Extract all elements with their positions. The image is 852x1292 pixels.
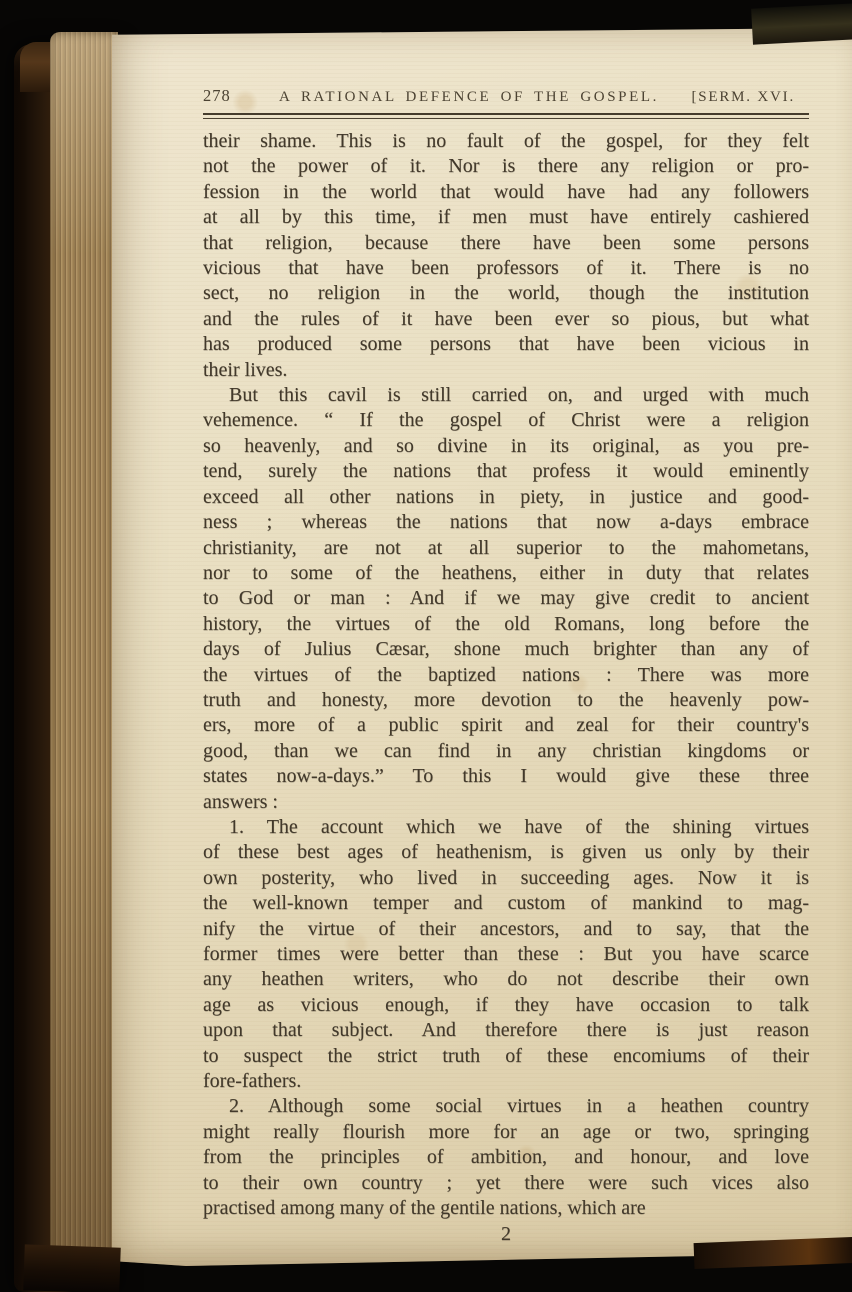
page-edges [50,32,118,1274]
text-line: upon that subject. And therefore there i… [203,1018,809,1043]
page-content: 278 A RATIONAL DEFENCE OF THE GOSPEL. [S… [203,86,809,1246]
running-title: A RATIONAL DEFENCE OF THE GOSPEL. [279,89,659,106]
text-line: 1. The account which we have of the shin… [203,815,809,840]
text-line: that religion, because there have been s… [203,231,809,256]
paragraph: 2. Although some social virtues in a hea… [203,1094,809,1221]
text-line: own posterity, who lived in succeeding a… [203,866,809,891]
paragraph: But this cavil is still carried on, and … [203,383,809,815]
text-line: days of Julius Cæsar, shone much brighte… [203,637,809,662]
text-line: truth and honesty, more devotion to the … [203,688,809,713]
text-line: from the principles of ambition, and hon… [203,1145,809,1170]
text-line: 2. Although some social virtues in a hea… [203,1094,809,1119]
book-cover-top-right [751,3,852,44]
text-line: answers : [203,790,809,815]
text-line: nify the virtue of their ancestors, and … [203,917,809,942]
text-line: former times were better than these : Bu… [203,942,809,967]
text-line: sect, no religion in the world, though t… [203,281,809,306]
text-line: age as vicious enough, if they have occa… [203,993,809,1018]
text-line: exceed all other nations in piety, in ju… [203,485,809,510]
text-line: nor to some of the heathens, either in d… [203,561,809,586]
text-line: might really flourish more for an age or… [203,1120,809,1145]
text-line: not the power of it. Nor is there any re… [203,154,809,179]
text-line: tend, surely the nations that profess it… [203,459,809,484]
text-line: fession in the world that would have had… [203,180,809,205]
text-line: their shame. This is no fault of the gos… [203,129,809,154]
book-cover-bottom-right [694,1237,852,1269]
text-line: any heathen writers, who do not describe… [203,967,809,992]
text-line: the virtues of the baptized nations : Th… [203,663,809,688]
page-body-text: their shame. This is no fault of the gos… [203,129,809,1221]
paragraph: their shame. This is no fault of the gos… [203,129,809,383]
text-line: of these best ages of heathenism, is giv… [203,840,809,865]
text-line: But this cavil is still carried on, and … [203,383,809,408]
text-line: ness ; whereas the nations that now a-da… [203,510,809,535]
book-page: 278 A RATIONAL DEFENCE OF THE GOSPEL. [S… [112,28,852,1266]
book-cover-bottom-left [23,1244,121,1292]
text-line: states now-a-days.” To this I would give… [203,764,809,789]
text-line: to their own country ; yet there were su… [203,1171,809,1196]
text-line: and the rules of it have been ever so pi… [203,307,809,332]
text-line: to suspect the strict truth of these enc… [203,1044,809,1069]
text-line: history, the virtues of the old Romans, … [203,612,809,637]
page-header: 278 A RATIONAL DEFENCE OF THE GOSPEL. [S… [203,86,809,106]
text-line: fore-fathers. [203,1069,809,1094]
text-line: the well-known temper and custom of mank… [203,891,809,916]
text-line: practised among many of the gentile nati… [203,1196,809,1221]
section-label: [SERM. XVI. [691,89,795,106]
text-line: has produced some persons that have been… [203,332,809,357]
text-line: christianity, are not at all superior to… [203,536,809,561]
text-line: vicious that have been professors of it.… [203,256,809,281]
header-rule [203,113,809,119]
text-line: to God or man : And if we may give credi… [203,586,809,611]
paragraph: 1. The account which we have of the shin… [203,815,809,1094]
text-line: at all by this time, if men must have en… [203,205,809,230]
text-line: ers, more of a public spirit and zeal fo… [203,713,809,738]
text-line: their lives. [203,358,809,383]
scan-background: 278 A RATIONAL DEFENCE OF THE GOSPEL. [S… [0,0,852,1292]
text-line: vehemence. “ If the gospel of Christ wer… [203,408,809,433]
text-line: good, than we can find in any christian … [203,739,809,764]
page-number: 278 [203,86,239,106]
text-line: so heavenly, and so divine in its origin… [203,434,809,459]
